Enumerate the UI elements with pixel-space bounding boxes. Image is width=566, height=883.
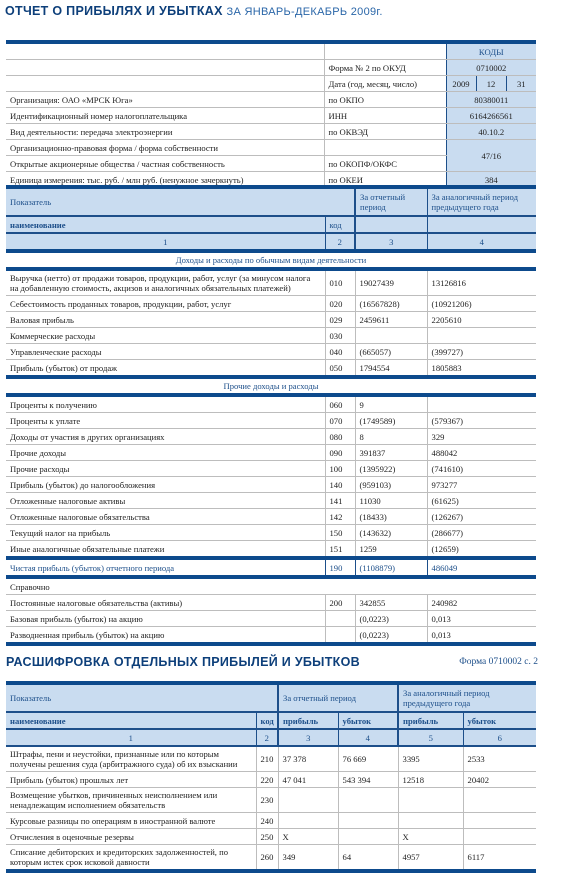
okud-label: Форма № 2 по ОКУД — [324, 60, 446, 76]
col-num: 1 — [6, 729, 256, 746]
okud-code: 0710002 — [446, 60, 536, 76]
row-current: 342855 — [355, 595, 427, 611]
row-name: Проценты к получению — [6, 395, 325, 413]
row-current: (1749589) — [355, 413, 427, 429]
row-previous: 0,013 — [427, 611, 536, 627]
row-name: Отложенные налоговые активы — [6, 493, 325, 509]
row-current: 9 — [355, 395, 427, 413]
row-previous-profit: 4957 — [398, 845, 463, 872]
col-indicator: Показатель — [6, 187, 355, 216]
row-previous-profit: 3395 — [398, 746, 463, 772]
col-num: 6 — [463, 729, 536, 746]
row-previous — [427, 395, 536, 413]
row-current-profit — [278, 813, 338, 829]
table-row: Прибыль (убыток) от продаж05017945541805… — [6, 360, 536, 378]
row-current: 1259 — [355, 541, 427, 559]
col-name: наименование — [6, 712, 256, 729]
row-name: Коммерческие расходы — [6, 328, 325, 344]
row-previous: 329 — [427, 429, 536, 445]
row-current: (16567828) — [355, 296, 427, 312]
row-current-loss — [338, 829, 398, 845]
col-code: код — [256, 712, 278, 729]
row-previous: (399727) — [427, 344, 536, 360]
reference-label: Справочно — [6, 577, 536, 595]
row-code: 260 — [256, 845, 278, 872]
row-current: 11030 — [355, 493, 427, 509]
col-num: 3 — [355, 233, 427, 251]
row-current-profit: 37 378 — [278, 746, 338, 772]
row-previous-profit — [398, 788, 463, 813]
row-code: 020 — [325, 296, 355, 312]
row-name: Прибыль (убыток) от продаж — [6, 360, 325, 378]
date-label: Дата (год, месяц, число) — [324, 76, 446, 92]
row-current: 1794554 — [355, 360, 427, 378]
date-day: 31 — [506, 76, 536, 92]
row-previous: (286677) — [427, 525, 536, 541]
table-row: Доходы от участия в других организациях0… — [6, 429, 536, 445]
col-current: За отчетный период — [355, 187, 427, 216]
title-period: ЗА ЯНВАРЬ-ДЕКАБРЬ 2009г. — [227, 6, 383, 18]
okopf-label: по ОКОПФ/ОКФС — [324, 156, 446, 172]
table-row: Отложенные налоговые активы14111030(6162… — [6, 493, 536, 509]
col-num: 4 — [427, 233, 536, 251]
row-name: Курсовые разницы по операциям в иностран… — [6, 813, 256, 829]
row-current: (0,0223) — [355, 627, 427, 645]
row-previous: 488042 — [427, 445, 536, 461]
row-previous: 486049 — [427, 558, 536, 577]
row-code — [325, 627, 355, 645]
table-row: Разводненная прибыль (убыток) на акцию(0… — [6, 627, 536, 645]
codes-label: КОДЫ — [446, 42, 536, 60]
row-current-profit: 349 — [278, 845, 338, 872]
row-previous: 973277 — [427, 477, 536, 493]
row-current-loss: 543 394 — [338, 772, 398, 788]
col-num: 4 — [338, 729, 398, 746]
row-previous: (126267) — [427, 509, 536, 525]
table-row: Курсовые разницы по операциям в иностран… — [6, 813, 536, 829]
table-row: Проценты к уплате070(1749589)(579367) — [6, 413, 536, 429]
table-row: Базовая прибыль (убыток) на акцию(0,0223… — [6, 611, 536, 627]
table-row: Проценты к получению0609 — [6, 395, 536, 413]
row-current — [355, 328, 427, 344]
row-previous-loss: 2533 — [463, 746, 536, 772]
table-row: Отложенные налоговые обязательства142(18… — [6, 509, 536, 525]
date-month: 12 — [476, 76, 506, 92]
ownership-form: Открытые акционерные общества / частная … — [6, 156, 324, 172]
row-previous: 240982 — [427, 595, 536, 611]
row-previous-loss: 6117 — [463, 845, 536, 872]
row-name: Иные аналогичные обязательные платежи — [6, 541, 325, 559]
row-code: 150 — [325, 525, 355, 541]
row-previous: (12659) — [427, 541, 536, 559]
table-row: Иные аналогичные обязательные платежи151… — [6, 541, 536, 559]
row-name: Базовая прибыль (убыток) на акцию — [6, 611, 325, 627]
row-name: Списание дебиторских и кредиторских задо… — [6, 845, 256, 872]
table-row: Постоянные налоговые обязательства (акти… — [6, 595, 536, 611]
row-name: Себестоимость проданных товаров, продукц… — [6, 296, 325, 312]
row-code: 100 — [325, 461, 355, 477]
row-name: Отчисления в оценочные резервы — [6, 829, 256, 845]
row-previous: 0,013 — [427, 627, 536, 645]
table-row: Штрафы, пени и неустойки, признанные или… — [6, 746, 536, 772]
row-name: Прочие расходы — [6, 461, 325, 477]
row-previous-loss — [463, 813, 536, 829]
row-name: Выручка (нетто) от продажи товаров, прод… — [6, 269, 325, 296]
row-current: (1395922) — [355, 461, 427, 477]
row-previous: 2205610 — [427, 312, 536, 328]
breakdown-title: РАСШИФРОВКА ОТДЕЛЬНЫХ ПРИБЫЛЕЙ И УБЫТКОВ — [6, 655, 360, 669]
legal-form: Организационно-правовая форма / форма со… — [6, 140, 324, 156]
row-code: 140 — [325, 477, 355, 493]
row-code: 030 — [325, 328, 355, 344]
table-row: Управленческие расходы040(665057)(399727… — [6, 344, 536, 360]
row-code: 230 — [256, 788, 278, 813]
row-name: Текущий налог на прибыль — [6, 525, 325, 541]
breakdown-title-text: РАСШИФРОВКА ОТДЕЛЬНЫХ ПРИБЫЛЕЙ И УБЫТКОВ — [6, 655, 360, 669]
table-row: Прибыль (убыток) прошлых лет22047 041543… — [6, 772, 536, 788]
row-current: 391837 — [355, 445, 427, 461]
col-num: 2 — [325, 233, 355, 251]
col-current: За отчетный период — [278, 683, 398, 712]
row-code: 029 — [325, 312, 355, 328]
row-code: 250 — [256, 829, 278, 845]
row-previous: 1805883 — [427, 360, 536, 378]
row-current-loss: 64 — [338, 845, 398, 872]
row-previous-loss — [463, 829, 536, 845]
col-num: 3 — [278, 729, 338, 746]
table-row: Списание дебиторских и кредиторских задо… — [6, 845, 536, 872]
inn-label: ИНН — [324, 108, 446, 124]
row-current-loss: 76 669 — [338, 746, 398, 772]
inn-code: 6164266561 — [446, 108, 536, 124]
row-current-profit — [278, 788, 338, 813]
row-code: 200 — [325, 595, 355, 611]
row-code: 040 — [325, 344, 355, 360]
row-previous-loss: 20402 — [463, 772, 536, 788]
row-code: 151 — [325, 541, 355, 559]
row-current-loss — [338, 788, 398, 813]
row-name: Постоянные налоговые обязательства (акти… — [6, 595, 325, 611]
row-previous: (10921206) — [427, 296, 536, 312]
form-note: Форма 0710002 с. 2 — [459, 657, 538, 667]
row-previous-profit: X — [398, 829, 463, 845]
row-name: Прочие доходы — [6, 445, 325, 461]
col-profit: прибыль — [398, 712, 463, 729]
col-previous: За аналогичный период предыдущего года — [398, 683, 536, 712]
row-current: 8 — [355, 429, 427, 445]
row-name: Валовая прибыль — [6, 312, 325, 328]
section-ordinary: Доходы и расходы по обычным видам деятел… — [6, 251, 536, 269]
row-name: Прибыль (убыток) до налогообложения — [6, 477, 325, 493]
row-current-profit: 47 041 — [278, 772, 338, 788]
col-num: 5 — [398, 729, 463, 746]
row-current-loss — [338, 813, 398, 829]
table-row: Возмещение убытков, причиненных неисполн… — [6, 788, 536, 813]
row-code: 060 — [325, 395, 355, 413]
row-current: 19027439 — [355, 269, 427, 296]
row-name: Доходы от участия в других организациях — [6, 429, 325, 445]
row-name: Разводненная прибыль (убыток) на акцию — [6, 627, 325, 645]
breakdown-table: ПоказательЗа отчетный периодЗа аналогичн… — [6, 681, 536, 873]
row-previous-profit — [398, 813, 463, 829]
okpo-label: по ОКПО — [324, 92, 446, 108]
activity: Вид деятельности: передача электроэнерги… — [6, 124, 324, 140]
col-num: 1 — [6, 233, 325, 251]
col-profit: прибыль — [278, 712, 338, 729]
row-code: 220 — [256, 772, 278, 788]
table-row: Выручка (нетто) от продажи товаров, прод… — [6, 269, 536, 296]
row-name: Проценты к уплате — [6, 413, 325, 429]
row-current: (665057) — [355, 344, 427, 360]
organization: Организация: ОАО «МРСК Юга» — [6, 92, 324, 108]
header-block: КОДЫ Форма № 2 по ОКУД0710002 Дата (год,… — [6, 40, 536, 191]
table-row: Коммерческие расходы030 — [6, 328, 536, 344]
row-name: Чистая прибыль (убыток) отчетного период… — [6, 558, 325, 577]
okved-code: 40.10.2 — [446, 124, 536, 140]
row-code: 142 — [325, 509, 355, 525]
col-loss: убыток — [338, 712, 398, 729]
row-code: 141 — [325, 493, 355, 509]
table-row: Прочие доходы090391837488042 — [6, 445, 536, 461]
row-name: Отложенные налоговые обязательства — [6, 509, 325, 525]
table-row: Прибыль (убыток) до налогообложения140(9… — [6, 477, 536, 493]
report-title: ОТЧЕТ О ПРИБЫЛЯХ И УБЫТКАХ ЗА ЯНВАРЬ-ДЕК… — [5, 4, 383, 18]
row-code: 010 — [325, 269, 355, 296]
col-name: наименование — [6, 216, 325, 233]
table-row: Отчисления в оценочные резервы250XX — [6, 829, 536, 845]
okved-label: по ОКВЭД — [324, 124, 446, 140]
col-num: 2 — [256, 729, 278, 746]
col-previous: За аналогичный период предыдущего года — [427, 187, 536, 216]
title-main: ОТЧЕТ О ПРИБЫЛЯХ И УБЫТКАХ — [5, 4, 223, 18]
row-current: (959103) — [355, 477, 427, 493]
row-name: Штрафы, пени и неустойки, признанные или… — [6, 746, 256, 772]
row-name: Возмещение убытков, причиненных неисполн… — [6, 788, 256, 813]
table-row: Себестоимость проданных товаров, продукц… — [6, 296, 536, 312]
table-row: Прочие расходы100(1395922)(741610) — [6, 461, 536, 477]
row-previous: 13126816 — [427, 269, 536, 296]
row-current: (1108879) — [355, 558, 427, 577]
row-current: (0,0223) — [355, 611, 427, 627]
row-code: 080 — [325, 429, 355, 445]
col-loss: убыток — [463, 712, 536, 729]
inn-description: Идентификационный номер налогоплательщик… — [6, 108, 324, 124]
row-previous-profit: 12518 — [398, 772, 463, 788]
table-row: Текущий налог на прибыль150(143632)(2866… — [6, 525, 536, 541]
row-previous-loss — [463, 788, 536, 813]
row-previous: (579367) — [427, 413, 536, 429]
row-code: 090 — [325, 445, 355, 461]
row-code: 190 — [325, 558, 355, 577]
row-name: Прибыль (убыток) прошлых лет — [6, 772, 256, 788]
row-code: 240 — [256, 813, 278, 829]
row-previous — [427, 328, 536, 344]
row-previous: (741610) — [427, 461, 536, 477]
row-previous: (61625) — [427, 493, 536, 509]
row-current: (143632) — [355, 525, 427, 541]
row-current: (18433) — [355, 509, 427, 525]
row-code: 050 — [325, 360, 355, 378]
date-year: 2009 — [446, 76, 476, 92]
row-current: 2459611 — [355, 312, 427, 328]
row-current-profit: X — [278, 829, 338, 845]
row-code — [325, 611, 355, 627]
okopf-code: 47/16 — [446, 140, 536, 172]
net-profit-row: Чистая прибыль (убыток) отчетного период… — [6, 558, 536, 577]
income-statement-table: ПоказательЗа отчетный периодЗа аналогичн… — [6, 185, 536, 646]
section-other: Прочие доходы и расходы — [6, 377, 536, 395]
row-name: Управленческие расходы — [6, 344, 325, 360]
table-row: Валовая прибыль02924596112205610 — [6, 312, 536, 328]
col-indicator: Показатель — [6, 683, 278, 712]
col-code: код — [325, 216, 355, 233]
row-code: 070 — [325, 413, 355, 429]
okpo-code: 80380011 — [446, 92, 536, 108]
row-code: 210 — [256, 746, 278, 772]
